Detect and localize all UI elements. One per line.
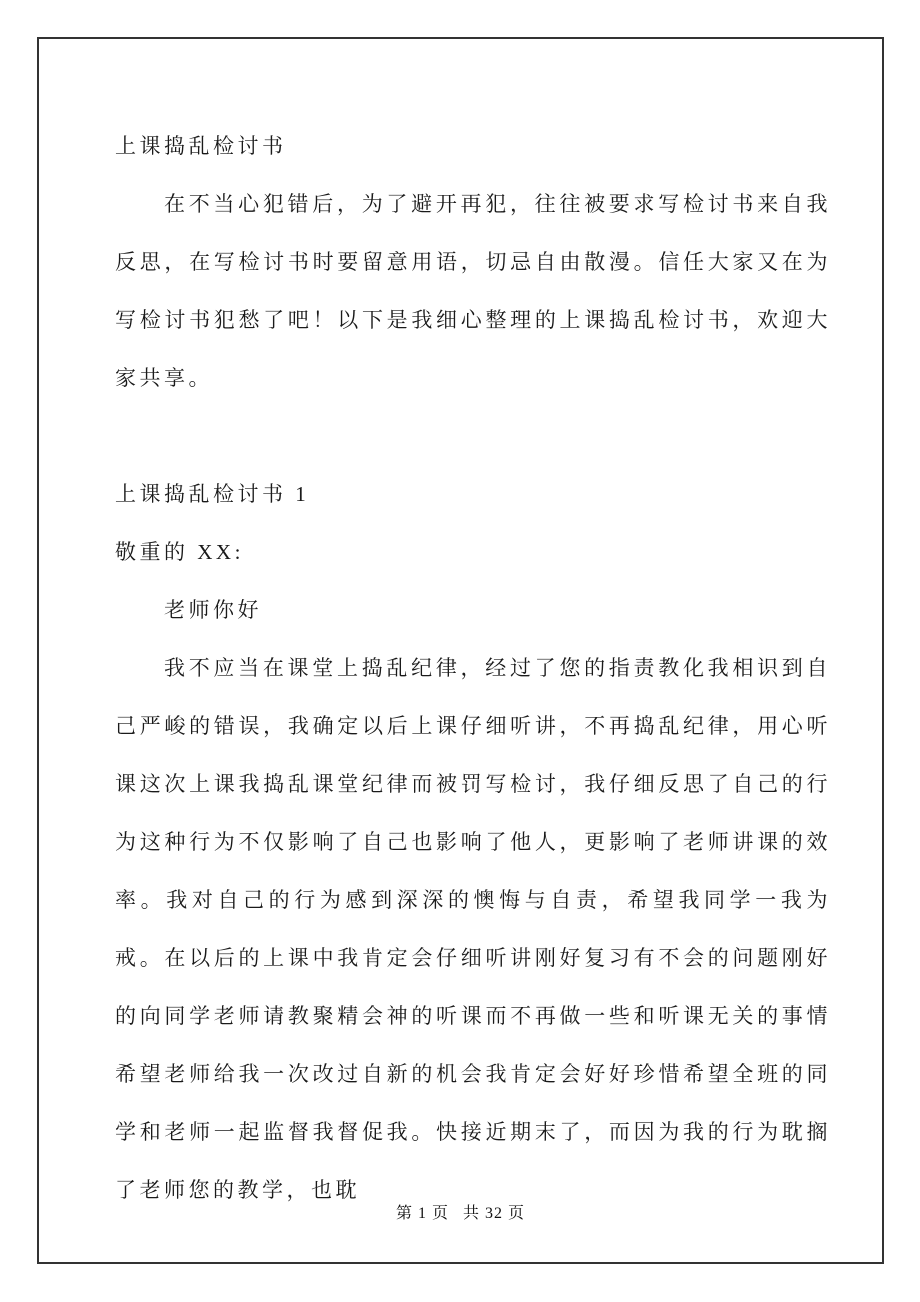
page-total-label: 共 32 页 [463, 1205, 525, 1222]
intro-paragraph: 在不当心犯错后，为了避开再犯，往往被要求写检讨书来自我反思，在写检讨书时要留意用… [115, 175, 831, 407]
body-paragraph: 我不应当在课堂上捣乱纪律，经过了您的指责教化我相识到自己严峻的错误，我确定以后上… [115, 639, 831, 1219]
section-heading: 上课捣乱检讨书 1 [115, 465, 831, 523]
document-title: 上课捣乱检讨书 [115, 117, 831, 175]
document-body: 上课捣乱检讨书 在不当心犯错后，为了避开再犯，往往被要求写检讨书来自我反思，在写… [115, 117, 831, 1219]
page-number-footer: 第 1 页共 32 页 [39, 1204, 882, 1224]
page-number-label: 第 1 页 [396, 1205, 449, 1222]
greeting-line: 老师你好 [115, 581, 831, 639]
salutation-line: 敬重的 XX: [115, 523, 831, 581]
document-page: 上课捣乱检讨书 在不当心犯错后，为了避开再犯，往往被要求写检讨书来自我反思，在写… [37, 37, 884, 1264]
